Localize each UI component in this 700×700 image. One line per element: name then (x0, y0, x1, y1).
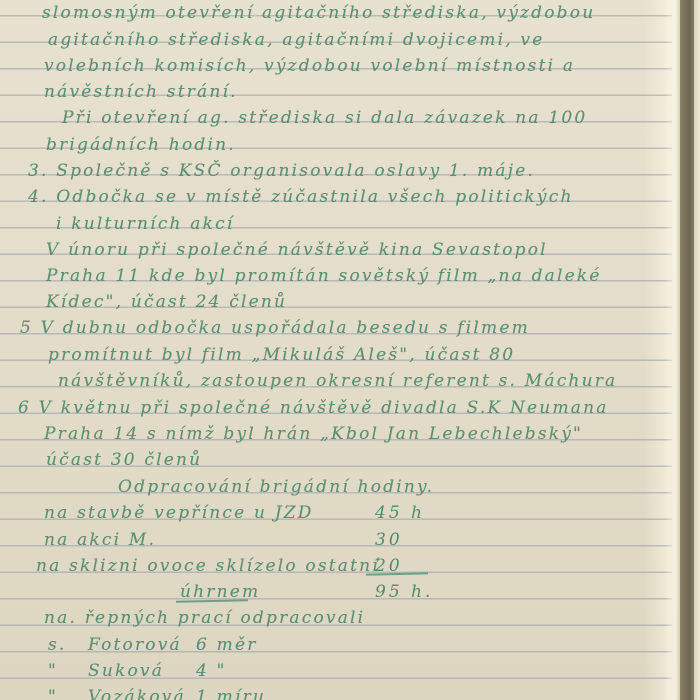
handwritten-line: 5 V dubnu odbočka uspořádala besedu s fi… (20, 318, 530, 338)
handwritten-line: slomosným otevření agitačního střediska,… (42, 3, 595, 23)
list-item-value: 1 míru (196, 687, 266, 700)
table-row-amount: 45 h (375, 503, 425, 523)
list-item-prefix: s. (48, 635, 67, 655)
handwritten-line: návěstních strání. (44, 82, 238, 102)
list-item-prefix: " (48, 687, 58, 700)
list-item-value: 4 " (196, 661, 227, 681)
handwritten-line: 4. Odbočka se v místě zúčastnila všech p… (28, 187, 574, 207)
handwritten-line: 3. Společně s KSČ organisovala oslavy 1.… (28, 161, 535, 181)
handwritten-line: volebních komisích, výzdobou volební mís… (44, 56, 575, 76)
handwritten-line: i kulturních akcí (56, 214, 235, 234)
handwritten-line: agitačního střediska, agitačními dvojice… (48, 30, 544, 50)
page-edge-shadow (665, 0, 680, 700)
table-row-label: na stavbě vepřínce u JZD (44, 503, 314, 523)
notebook-page: slomosným otevření agitačního střediska,… (0, 0, 700, 700)
handwritten-line: Při otevření ag. střediska si dala závaz… (62, 108, 587, 128)
binding-edge (694, 0, 700, 700)
notebook-binding (680, 0, 694, 700)
handwritten-line: Kídec", účast 24 členů (46, 292, 287, 312)
handwritten-line: promítnut byl film „Mikuláš Aleš", účast… (48, 345, 515, 365)
table-row-label: na akci M. (44, 530, 156, 550)
table-row-label: na sklizni ovoce sklízelo ostatní (36, 556, 380, 576)
handwritten-line: V únoru při společné návštěvě kina Sevas… (46, 240, 548, 260)
list-item-name: Fotorová (88, 635, 182, 655)
table-row-amount: 30 (375, 530, 403, 550)
list-item-name: Suková (88, 661, 164, 681)
handwritten-line: 6 V květnu při společné návštěvě divadla… (18, 398, 609, 418)
handwritten-line: brigádních hodin. (46, 135, 236, 155)
handwritten-line: Praha 11 kde byl promítán sovětský film … (46, 266, 602, 286)
table-heading: Odpracování brigádní hodiny. (118, 477, 434, 497)
handwritten-line: návštěvníků, zastoupen okresní referent … (58, 371, 617, 391)
total-amount: 95 h. (375, 582, 433, 602)
list-item-name: Vozáková (88, 687, 186, 700)
handwritten-line: Praha 14 s nímž byl hrán „Kbol Jan Lebec… (44, 424, 583, 444)
list-item-value: 6 měr (196, 635, 258, 655)
handwritten-line: účast 30 členů (46, 450, 202, 470)
list-item-prefix: " (48, 661, 58, 681)
list-heading: na. řepných prací odpracovali (44, 608, 365, 628)
